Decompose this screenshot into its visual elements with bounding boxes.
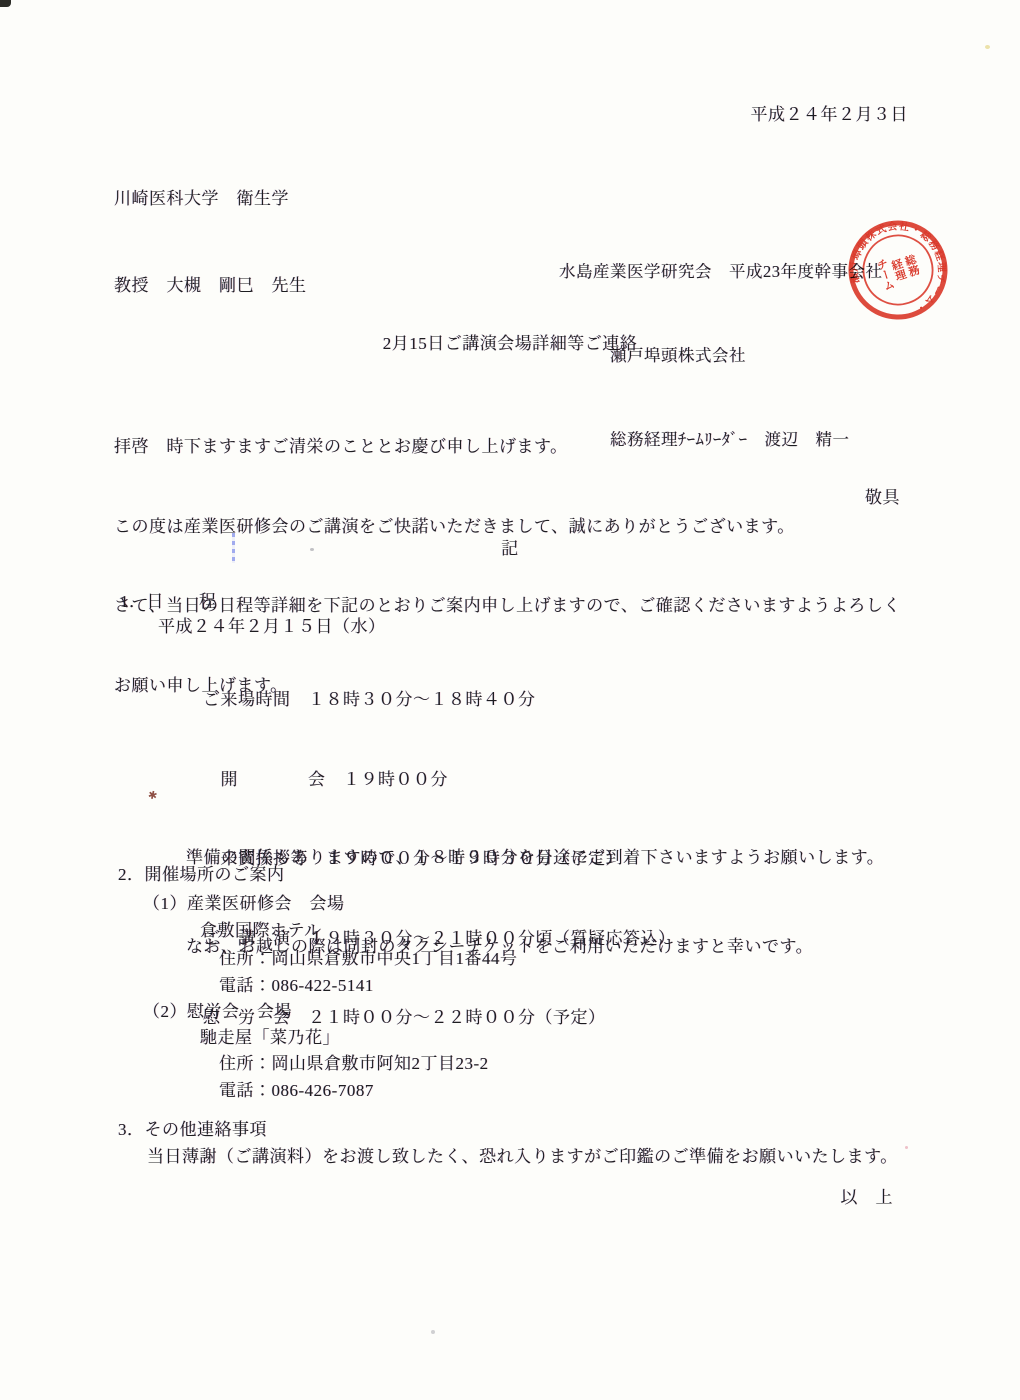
venue1-address: 住所：岡山県倉敷市中央1丁目1番44号 (219, 944, 518, 969)
venue1-label: （1）産業医研修会 会場 (143, 889, 345, 914)
end-mark: 以 上 (841, 1183, 894, 1208)
scan-artifact-corner (0, 0, 11, 7)
venue2-phone: 電話：086-426-7087 (219, 1076, 374, 1101)
section3-heading: 3．その他連絡事項 (118, 1115, 267, 1140)
venue1-name: 倉敷国際ホテル (200, 916, 322, 941)
venue2-label: （2）慰労会 会場 (143, 997, 292, 1022)
recipient-block: 川崎医科大学 衛生学 教授 大槻 剛巳 先生 (114, 126, 307, 358)
body-line: 拝啓 時下ますますご清栄のこととお慶び申し上げます。 (114, 434, 901, 461)
recipient-line-university: 川崎医科大学 衛生学 (114, 184, 307, 213)
schedule-row-arrival: ご来場時間 １８時３０分～１８時４０分 (203, 687, 676, 714)
venue1-phone: 電話：086-422-5141 (219, 971, 374, 996)
handwritten-mark-icon: ✱ (147, 788, 159, 803)
scan-artifact-speck-top (985, 45, 990, 49)
closing-keigu: 敬具 (865, 483, 900, 508)
recipient-line-professor: 教授 大槻 剛巳 先生 (114, 271, 307, 300)
section1-heading: 1．日 程 (120, 587, 217, 612)
scanned-letter-page: 平成２４年２月３日 川崎医科大学 衛生学 教授 大槻 剛巳 先生 水島産業医学研… (0, 0, 1020, 1400)
letter-date: 平成２４年２月３日 (751, 100, 909, 125)
note-line: 準備の関係もありますので、１８時３０分を目途にご到着下さいますようお願いします。 (186, 843, 884, 873)
section2-heading: 2．開催場所のご案内 (118, 860, 285, 885)
subject-title: 2月15日ご講演会場詳細等ご連絡 (0, 329, 1020, 354)
scan-artifact-speck-bottom (431, 1330, 435, 1334)
scan-artifact-speck-right (905, 1146, 908, 1149)
record-heading: 記 (0, 534, 1020, 559)
sender-line-association: 水島産業医学研究会 平成23年度幹事会社 (559, 258, 883, 286)
venue2-address: 住所：岡山県倉敷市阿知2丁目23-2 (219, 1049, 489, 1074)
section3-body: 当日薄謝（ご講演料）をお渡し致したく、恐れ入りますがご印鑑のご準備をお願いいたし… (147, 1142, 898, 1167)
venue2-name: 馳走屋「菜乃花」 (200, 1023, 340, 1048)
